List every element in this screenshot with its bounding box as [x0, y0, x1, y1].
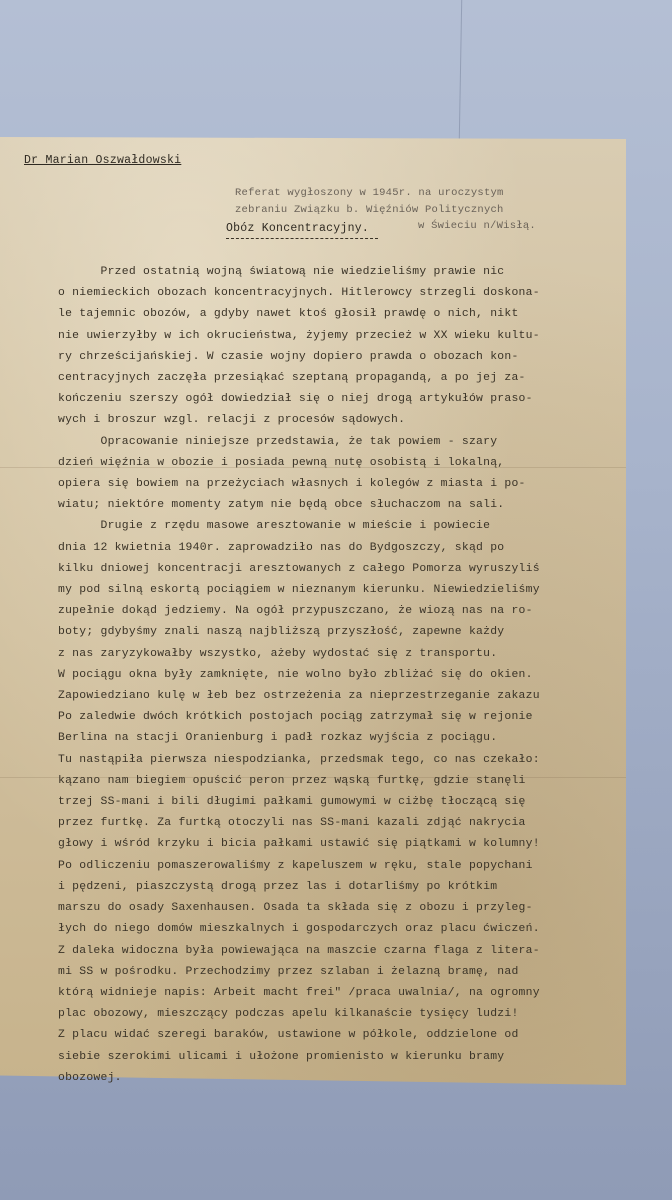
- body-line: zupełnie dokąd jedziemy. Na ogół przypus…: [58, 601, 540, 622]
- body-line: ry chrześcijańskiej. W czasie wojny dopi…: [58, 347, 540, 368]
- author-name: Dr Marian Oszwałdowski: [24, 150, 181, 171]
- body-line: plac obozowy, mieszczący podczas apelu k…: [58, 1004, 540, 1025]
- note-line: zebraniu Związku b. Więźniów Politycznyc…: [235, 204, 504, 216]
- body-line: Zapowiedziano kulę w łeb bez ostrzeżenia…: [58, 686, 540, 707]
- body-line: obozowej.: [58, 1068, 540, 1089]
- body-line: Berlina na stacji Oranienburg i padł roz…: [58, 728, 540, 749]
- document-title: Obóz Koncentracyjny.: [226, 218, 369, 239]
- body-line: opiera się bowiem na przeżyciach własnyc…: [58, 474, 540, 495]
- body-line: Z daleka widoczna była powiewająca na ma…: [58, 941, 540, 962]
- speech-note: Referat wygłoszony w 1945r. na uroczysty…: [235, 185, 504, 219]
- body-line: Z placu widać szeregi baraków, ustawione…: [58, 1025, 540, 1046]
- body-line: którą widnieje napis: Arbeit macht frei"…: [58, 983, 540, 1004]
- body-line: wiatu; niektóre momenty zatym nie będą o…: [58, 495, 540, 516]
- body-line: Opracowanie niniejsze przedstawia, że ta…: [58, 432, 540, 453]
- body-line: siebie szerokimi ulicami i ułożone promi…: [58, 1047, 540, 1068]
- body-line: Po odliczeniu pomaszerowaliśmy z kapelus…: [58, 856, 540, 877]
- body-line: Drugie z rzędu masowe aresztowanie w mie…: [58, 516, 540, 537]
- document-body: Przed ostatnią wojną światową nie wiedzi…: [58, 262, 540, 1089]
- body-line: mi SS w pośrodku. Przechodzimy przez szl…: [58, 962, 540, 983]
- body-line: przez furtkę. Za furtką otoczyli nas SS-…: [58, 813, 540, 834]
- body-line: dzień więźnia w obozie i posiada pewną n…: [58, 453, 540, 474]
- body-line: my pod silną eskortą pociągiem w nieznan…: [58, 580, 540, 601]
- body-line: głowy i wśród krzyku i bicia pałkami ust…: [58, 834, 540, 855]
- body-line: łych do niego domów mieszkalnych i gospo…: [58, 919, 540, 940]
- body-line: Przed ostatnią wojną światową nie wiedzi…: [58, 262, 540, 283]
- body-line: kończeniu szerszy ogół dowiedział się o …: [58, 389, 540, 410]
- background-crease: [459, 0, 462, 140]
- speech-place: w Świeciu n/Wisłą.: [418, 216, 536, 237]
- title-underline: [226, 238, 378, 239]
- body-line: marszu do osady Saxenhausen. Osada ta sk…: [58, 898, 540, 919]
- body-line: kązano nam biegiem opuścić peron przez w…: [58, 771, 540, 792]
- body-line: boty; gdybyśmy znali naszą najbliższą pr…: [58, 622, 540, 643]
- body-line: le tajemnic obozów, a gdyby nawet ktoś g…: [58, 304, 540, 325]
- body-line: kilku dniowej koncentracji aresztowanych…: [58, 559, 540, 580]
- body-line: nie uwierzyłby w ich okrucieństwa, żyjem…: [58, 326, 540, 347]
- body-line: dnia 12 kwietnia 1940r. zaprowadziło nas…: [58, 538, 540, 559]
- body-line: centracyjnych zaczęła przesiąkać szeptan…: [58, 368, 540, 389]
- body-line: Tu nastąpiła pierwsza niespodzianka, prz…: [58, 750, 540, 771]
- body-line: i pędzeni, piaszczystą drogą przez las i…: [58, 877, 540, 898]
- note-line: Referat wygłoszony w 1945r. na uroczysty…: [235, 187, 504, 199]
- body-line: z nas zaryzykowałby wszystko, ażeby wydo…: [58, 644, 540, 665]
- body-line: trzej SS-mani i bili długimi pałkami gum…: [58, 792, 540, 813]
- body-line: W pociągu okna były zamknięte, nie wolno…: [58, 665, 540, 686]
- body-line: Po zaledwie dwóch krótkich postojach poc…: [58, 707, 540, 728]
- body-line: wych i broszur wzgl. relacji z procesów …: [58, 410, 540, 431]
- body-line: o niemieckich obozach koncentracyjnych. …: [58, 283, 540, 304]
